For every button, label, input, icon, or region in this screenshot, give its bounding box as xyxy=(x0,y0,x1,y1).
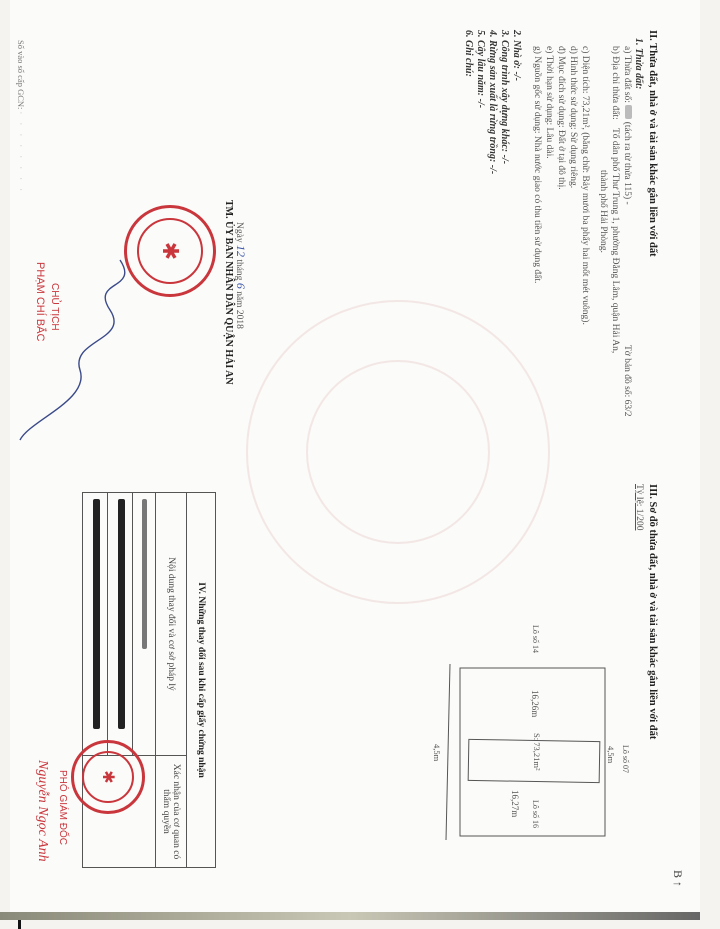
confirm-signer: Nguyễn Ngọc Anh xyxy=(34,760,50,862)
confirm-role: PHÓ GIÁM ĐỐC xyxy=(57,770,68,845)
side-bottom: 4,5m xyxy=(432,744,442,761)
changes-title-row: IV. Những thay đổi sau khi cấp giấy chứn… xyxy=(187,493,216,868)
confirmation-stamp: ✱ xyxy=(71,740,145,814)
side-right: 16,27m xyxy=(510,790,520,817)
table-row xyxy=(133,493,156,868)
parcel-area: S: 73,21m² xyxy=(532,733,542,771)
north-label: B xyxy=(671,870,685,878)
lot-top-label: Lô số 07 xyxy=(621,745,630,773)
redacted-text xyxy=(118,499,125,729)
scan-edge-bottom xyxy=(0,912,700,920)
section4-title: IV. Những thay đổi sau khi cấp giấy chứn… xyxy=(187,493,216,868)
road-boundary xyxy=(446,664,450,840)
side-top: 4,5m xyxy=(606,746,616,763)
lot-left-label: Lô số 14 xyxy=(531,625,540,653)
certificate-page: II. Thửa đất, nhà ở và tài sản khác gắn … xyxy=(10,0,700,912)
side-left: 16,26m xyxy=(530,690,540,717)
stamp-emblem: ✱ xyxy=(82,751,134,803)
scan-frame: II. Thửa đất, nhà ở và tài sản khác gắn … xyxy=(0,0,720,929)
col-changes: Nội dung thay đổi và cơ sở pháp lý xyxy=(156,493,187,756)
north-arrow: B ↑ xyxy=(670,870,685,887)
redacted-text xyxy=(142,499,147,649)
changes-header-row: Nội dung thay đổi và cơ sở pháp lý Xác n… xyxy=(156,493,187,868)
redacted-text xyxy=(93,499,100,729)
col-confirmation: Xác nhận của cơ quan có thẩm quyền xyxy=(156,756,187,868)
lot-right-label: Lô số 16 xyxy=(531,800,540,828)
